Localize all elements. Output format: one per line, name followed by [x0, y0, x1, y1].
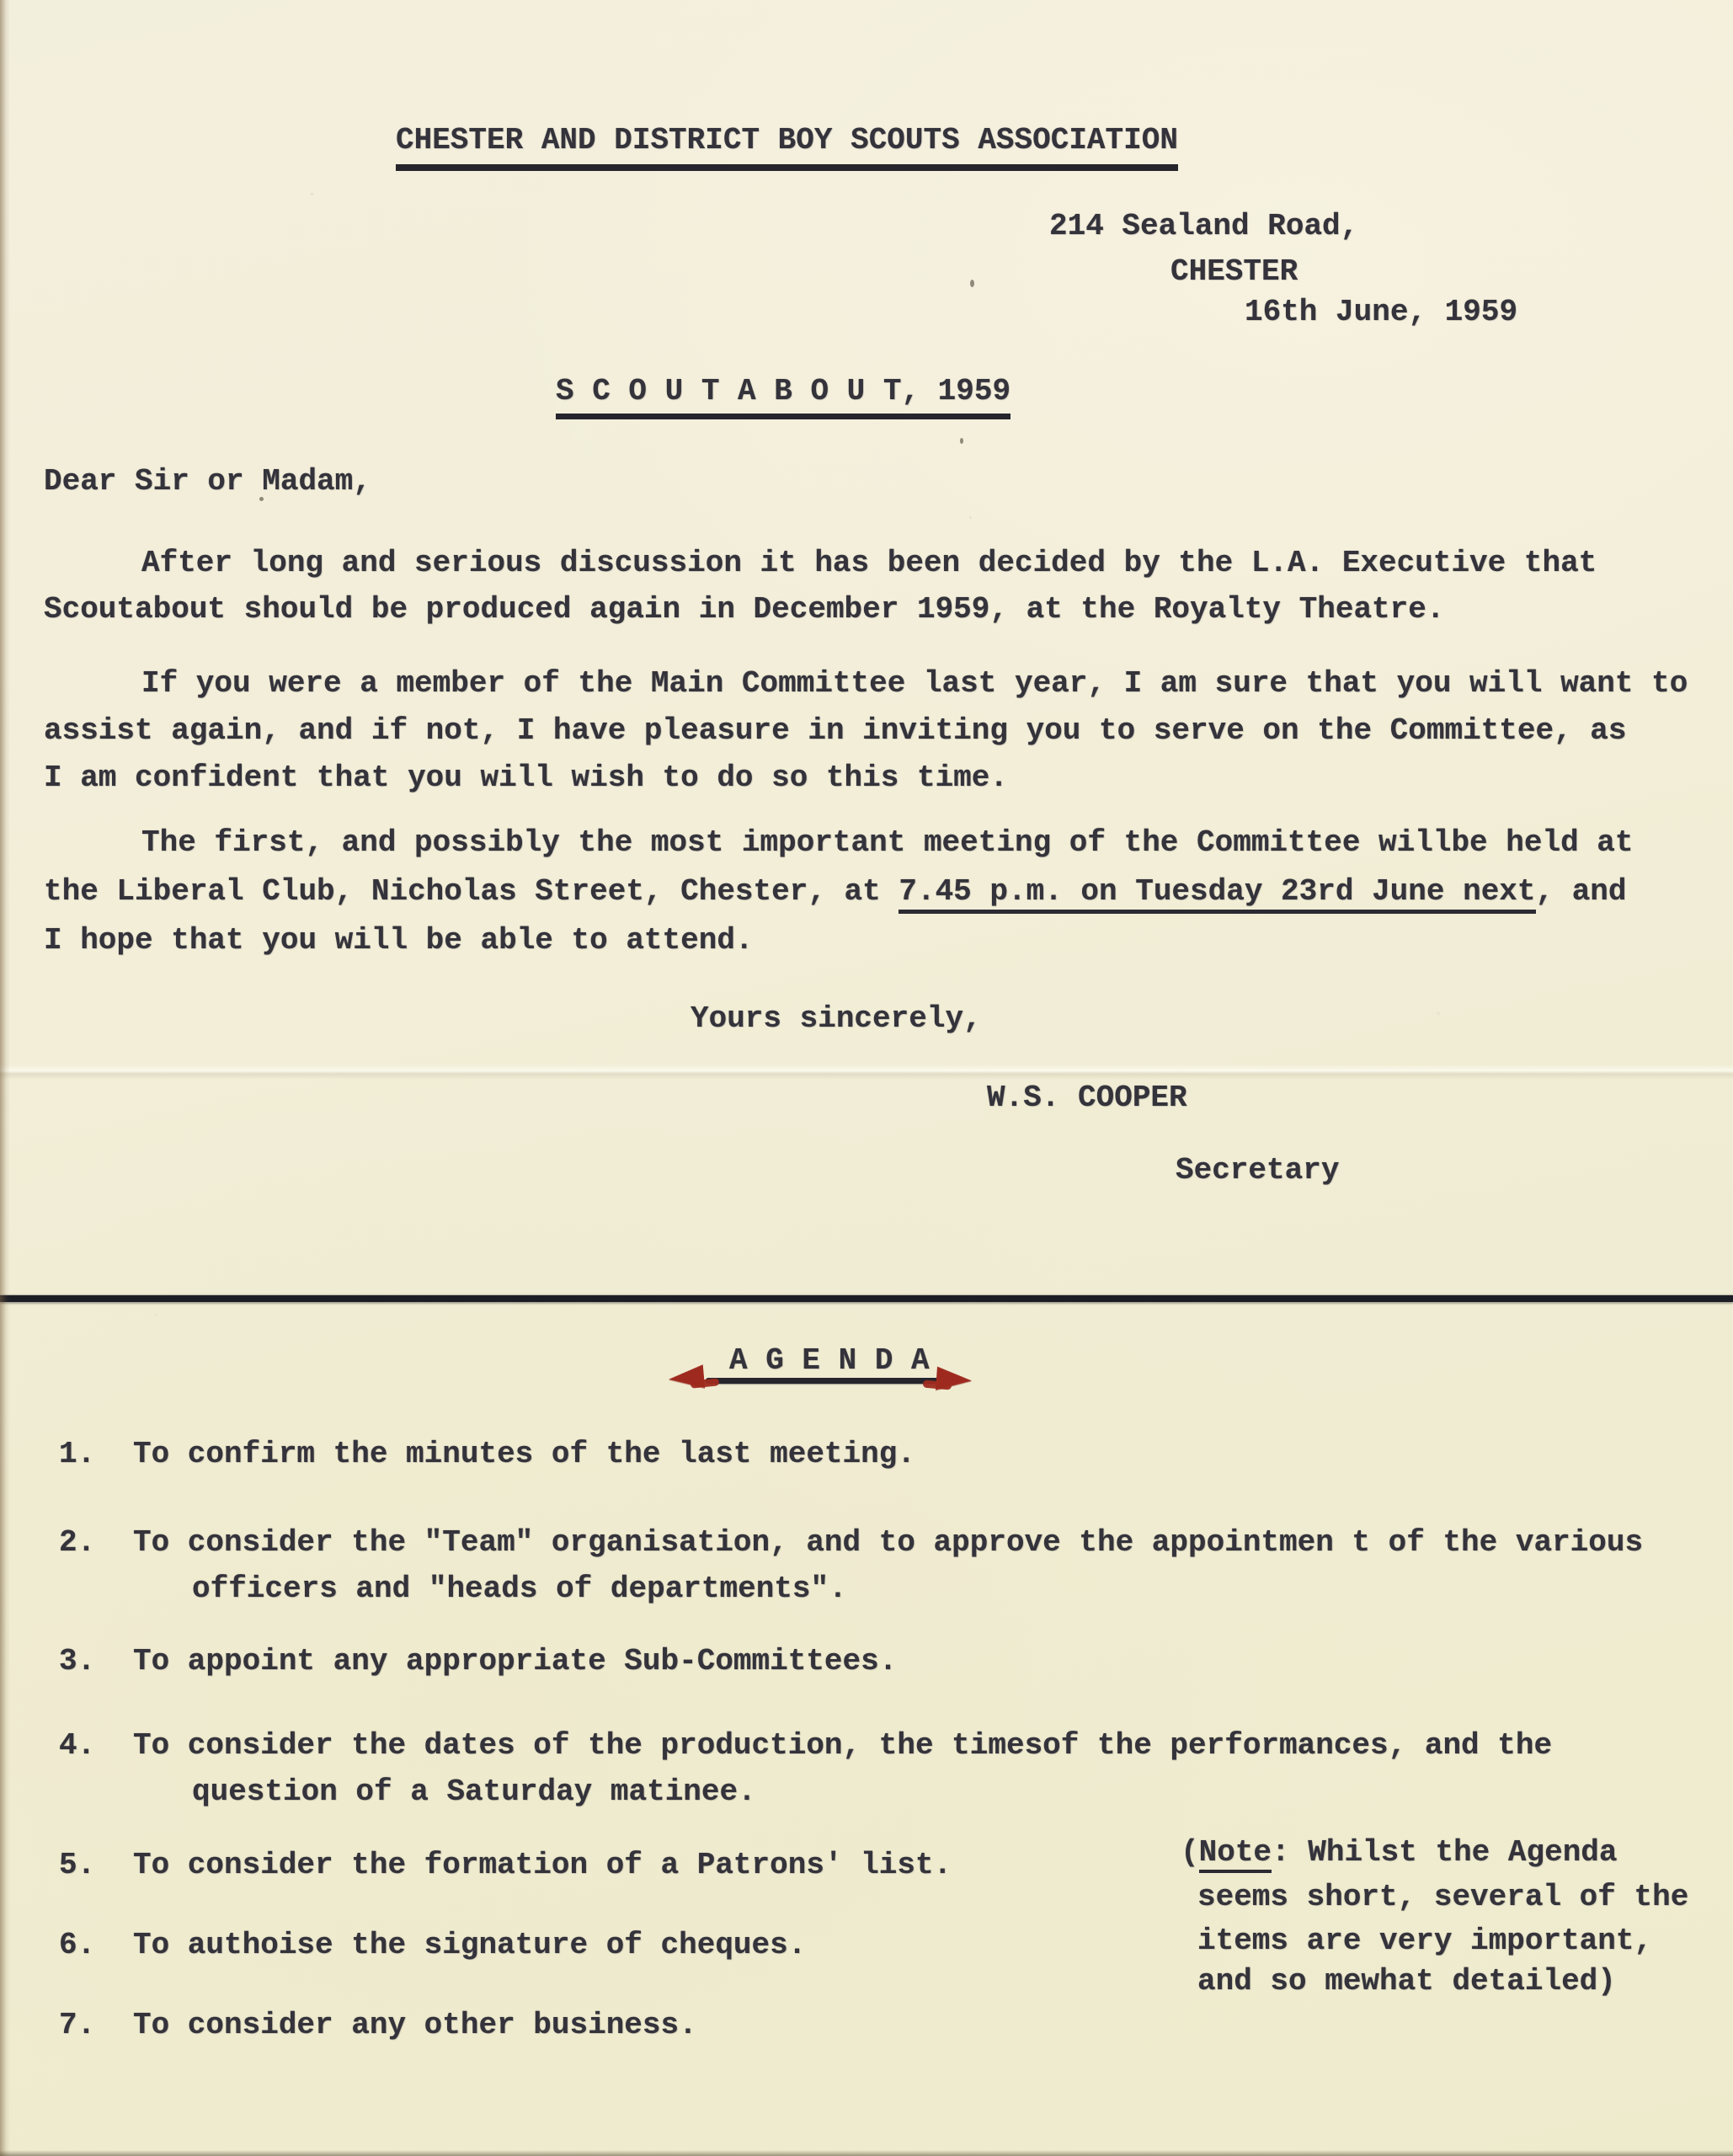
- para2-line3: I am confident that you will wish to do …: [44, 760, 1008, 796]
- agenda-note-line2: seems short, several of the: [1197, 1879, 1688, 1915]
- para1-line2: Scoutabout should be produced again in D…: [44, 591, 1444, 627]
- agenda-item-number: 1.: [59, 1436, 95, 1472]
- agenda-note-line1: (Note: Whilst the Agenda: [1181, 1834, 1618, 1870]
- signature-role: Secretary: [1176, 1152, 1339, 1188]
- ink-speck: [960, 438, 963, 444]
- note-open-paren: (: [1181, 1835, 1199, 1870]
- para3-line2-post: , and: [1536, 874, 1627, 909]
- agenda-right-arrow-tail-icon: [923, 1380, 952, 1390]
- scan-edge-bottom: [0, 2150, 1733, 2156]
- agenda-item-text: To consider any other business.: [133, 2007, 697, 2043]
- agenda-item-number: 6.: [59, 1927, 95, 1963]
- salutation: Dear Sir or Madam,: [44, 463, 371, 499]
- letter-date: 16th June, 1959: [1245, 294, 1517, 330]
- scanned-letter-page: CHESTER AND DISTRICT BOY SCOUTS ASSOCIAT…: [0, 0, 1733, 2156]
- note-word-underlined: Note: [1199, 1835, 1272, 1873]
- para1-line1: After long and serious discussion it has…: [141, 545, 1597, 581]
- para3-line2: the Liberal Club, Nicholas Street, Chest…: [44, 873, 1627, 910]
- agenda-item-text: To consider the "Team" organisation, and…: [133, 1524, 1643, 1561]
- closing: Yours sincerely,: [691, 1001, 982, 1037]
- agenda-item-text: To consider the dates of the production,…: [133, 1727, 1552, 1764]
- para2-line2: assist again, and if not, I have pleasur…: [44, 712, 1627, 749]
- agenda-item-text: To consider the formation of a Patrons' …: [133, 1847, 952, 1883]
- signature-name: W.S. COOPER: [987, 1080, 1187, 1116]
- agenda-item-number: 5.: [59, 1847, 95, 1883]
- agenda-item-text: To appoint any appropriate Sub-Committee…: [133, 1643, 897, 1679]
- scan-edge-left: [0, 0, 10, 2156]
- para3-line3: I hope that you will be able to attend.: [44, 922, 754, 958]
- ink-speck: [259, 497, 264, 501]
- para3-line2-pre: the Liberal Club, Nicholas Street, Chest…: [44, 874, 898, 909]
- address-line-2: CHESTER: [1170, 253, 1298, 290]
- agenda-item-number: 2.: [59, 1524, 95, 1561]
- agenda-note-line3: items are very important,: [1197, 1923, 1652, 1959]
- agenda-item-number: 7.: [59, 2007, 95, 2043]
- note-line1-rest: : Whilst the Agenda: [1272, 1835, 1617, 1870]
- agenda-underline: [706, 1378, 940, 1384]
- agenda-item-text: To confirm the minutes of the last meeti…: [133, 1436, 915, 1472]
- para2-line1: If you were a member of the Main Committ…: [141, 665, 1688, 702]
- subject-heading: S C O U T A B O U T, 1959: [556, 373, 1010, 419]
- org-title-text: CHESTER AND DISTRICT BOY SCOUTS ASSOCIAT…: [396, 122, 1178, 171]
- agenda-item-text: officers and "heads of departments".: [192, 1571, 847, 1607]
- agenda-item-number: 4.: [59, 1727, 95, 1764]
- ink-speck: [970, 280, 974, 287]
- meeting-time-underlined: 7.45 p.m. on Tuesday 23rd June next: [898, 874, 1535, 914]
- address-line-1: 214 Sealand Road,: [1049, 208, 1358, 244]
- agenda-note-line4: and so mewhat detailed): [1197, 1963, 1616, 1999]
- fold-crease: [0, 1065, 1733, 1080]
- agenda-item-number: 3.: [59, 1643, 95, 1679]
- agenda-heading: A G E N D A: [729, 1342, 930, 1379]
- section-divider-line: [0, 1295, 1733, 1302]
- agenda-item-text: To authoise the signature of cheques.: [133, 1927, 806, 1963]
- subject-text: S C O U T A B O U T, 1959: [556, 373, 1010, 419]
- org-title: CHESTER AND DISTRICT BOY SCOUTS ASSOCIAT…: [396, 122, 1178, 171]
- para3-line1: The first, and possibly the most importa…: [141, 825, 1634, 861]
- agenda-item-text: question of a Saturday matinee.: [192, 1774, 756, 1810]
